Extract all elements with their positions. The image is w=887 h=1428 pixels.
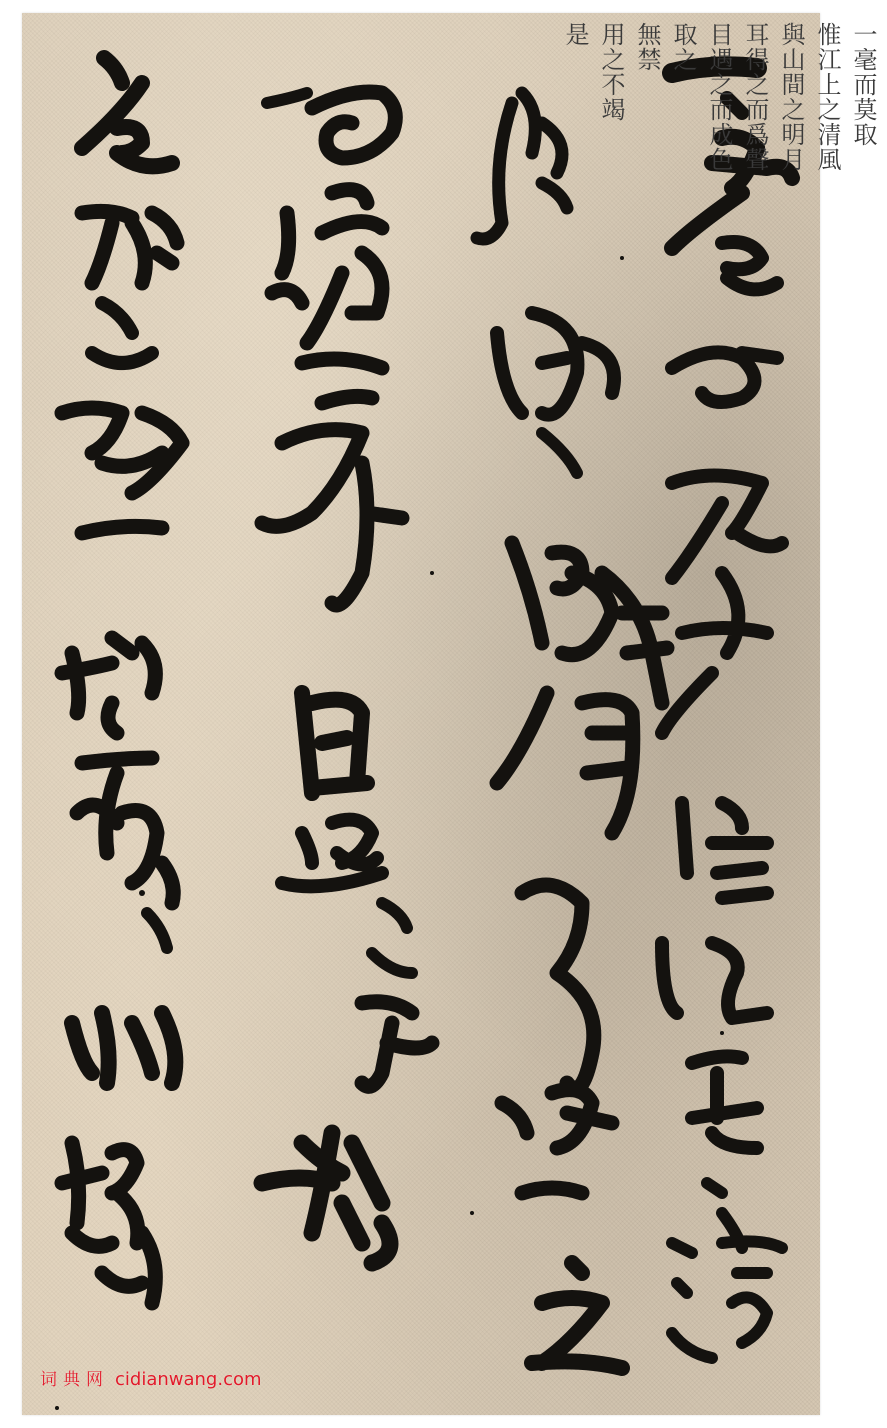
caption-phrase: 一毫而莫取 <box>845 22 881 172</box>
watermark-chinese: 词典网 <box>40 1370 109 1390</box>
caption-phrase: 取之 <box>665 22 701 172</box>
caption-phrase: 目遇之而成色 <box>701 22 737 172</box>
caption-column: 一毫而莫取 惟江上之清風 與山間之明月 耳得之而爲聲 目遇之而成色 取之 無禁 … <box>845 22 881 198</box>
caption-phrase: 與山間之明月 <box>773 22 809 172</box>
caption-phrase: 用之不竭 <box>593 22 629 172</box>
ink-column-3 <box>262 92 432 1263</box>
watermark-domain: cidianwang.com <box>115 1369 262 1390</box>
ink-column-4 <box>267 93 307 103</box>
caption-phrase: 惟江上之清風 <box>809 22 845 172</box>
site-watermark: 词典网cidianwang.com <box>40 1365 262 1390</box>
caption-phrase: 是 <box>557 22 593 172</box>
calligraphy-ink-strokes <box>22 13 820 1415</box>
caption-phrase: 無禁 <box>629 22 665 172</box>
calligraphy-paper <box>22 13 820 1415</box>
ink-column-1 <box>662 66 792 1358</box>
ink-column-5 <box>62 58 182 1303</box>
caption-phrase: 耳得之而爲聲 <box>737 22 773 172</box>
ink-column-2 <box>477 93 667 1368</box>
